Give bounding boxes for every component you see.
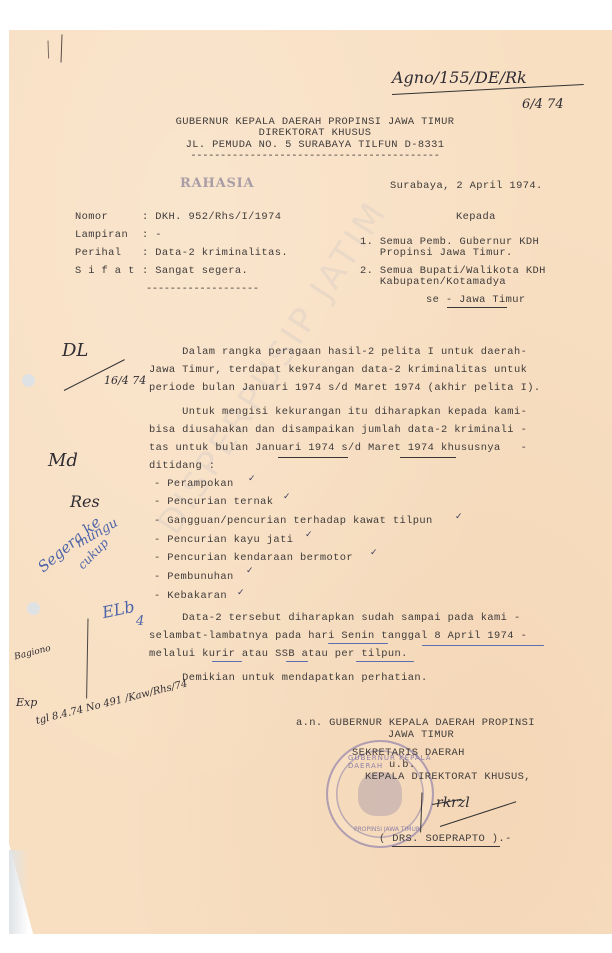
underline-maret [400, 457, 456, 458]
document-page [9, 30, 612, 934]
category-item: - Kebakaran [154, 590, 227, 602]
nomor-value: : DKH. 952/Rhs/I/1974 [142, 211, 281, 223]
nomor-label: Nomor [75, 211, 135, 223]
sifat-value: : Sangat segera. [142, 265, 248, 277]
margin-exp: Exp [16, 696, 37, 709]
check-mark-icon: ✓ [283, 492, 291, 502]
recipient-2-line-2: Kabupaten/Kotamadya [360, 276, 506, 288]
classification-stamp: RAHASIA [180, 176, 254, 191]
punch-hole [22, 374, 35, 387]
category-item: - Pencurian kayu jati [154, 534, 293, 546]
stamp-text-bottom: PROPINSI JAWA TIMUR [354, 826, 420, 833]
category-item: - Pembunuhan [154, 571, 234, 583]
region-underline [447, 307, 507, 308]
body-para3-line2: selambat-lambatnya pada hari Senin tangg… [149, 630, 527, 642]
letterhead-divider: ----------------------------------------… [150, 150, 480, 162]
perihal-value: : Data-2 kriminalitas. [142, 247, 288, 259]
signature-line-5: KEPALA DIREKTORAT KHUSUS, [365, 771, 531, 783]
check-mark-icon: ✓ [305, 530, 313, 540]
signatory-name: ( DRS. SOEPRAPTO ).- [379, 833, 512, 845]
handwritten-date: 6/4 74 [522, 97, 564, 112]
punch-hole [27, 602, 40, 615]
body-para2-line4: ditidang : [149, 460, 215, 472]
handwritten-reference: Agno/155/DE/Rk [392, 68, 527, 87]
signature-scrawl: rkrzl [436, 795, 470, 811]
body-para2-line1: Untuk mengisi kekurangan itu diharapkan … [149, 406, 527, 418]
body-para2-line2: bisa diusahakan dan disampaikan jumlah d… [149, 424, 527, 436]
signature-line-1: a.n. GUBERNUR KEPALA DAERAH PROPINSI [296, 717, 535, 729]
body-para1-line3: periode bulan Januari 1974 s/d Maret 197… [149, 382, 541, 394]
signature-line-2: JAWA TIMUR [296, 729, 546, 741]
margin-initials: DL [62, 340, 88, 361]
recipients-heading: Kepada [456, 211, 496, 223]
closing-line: Demikian untuk mendapatkan perhatian. [149, 672, 428, 684]
body-para1-line2: Jawa Timur, terdapat kekurangan data-2 k… [149, 364, 527, 376]
body-para2-line3: tas untuk bulan Januari 1974 s/d Maret 1… [149, 442, 527, 454]
check-mark-icon: ✓ [455, 512, 463, 522]
check-mark-icon: ✓ [370, 548, 378, 558]
place-date: Surabaya, 2 April 1974. [390, 180, 543, 192]
category-item: - Perampokan [154, 478, 234, 490]
check-mark-icon: ✓ [237, 588, 245, 598]
category-item: - Pencurian ternak [154, 496, 273, 508]
category-item: - Gangguan/pencurian terhadap kawat tilp… [154, 515, 433, 527]
body-para3-line3: melalui kurir atau SSB atau per tilpun. [149, 648, 408, 660]
margin-note-md: Md [48, 450, 78, 471]
meta-divider: ------------------- [146, 283, 259, 295]
body-para3-line1: Data-2 tersebut diharapkan sudah sampai … [149, 612, 521, 624]
perihal-label: Perihal [75, 247, 135, 259]
check-mark-icon: ✓ [248, 474, 256, 484]
underline-januari [278, 457, 348, 458]
sifat-label: S i f a t [75, 265, 135, 277]
signature-line-4: u.b. [389, 759, 416, 771]
lampiran-value: : - [142, 229, 162, 241]
letterhead-line-2: DIREKTORAT KHUSUS [150, 127, 480, 139]
page-edge-shadow [9, 850, 29, 934]
check-mark-icon: ✓ [246, 566, 254, 576]
recipients-region: se - Jawa Timur [426, 294, 526, 306]
margin-note-res: Res [70, 492, 100, 511]
signatory-name-underline [392, 846, 500, 847]
category-item: - Pencurian kendaraan bermotor [154, 552, 353, 564]
lampiran-label: Lampiran [75, 229, 135, 241]
recipient-1-line-2: Propinsi Jawa Timur. [360, 247, 513, 259]
signature-line-3: SEKRETARIS DAERAH [352, 747, 465, 759]
margin-date: 16/4 74 [104, 374, 146, 387]
margin-blue-date: 4 [136, 614, 144, 629]
body-para1-line1: Dalam rangka peragaan hasil-2 pelita I u… [149, 346, 527, 358]
